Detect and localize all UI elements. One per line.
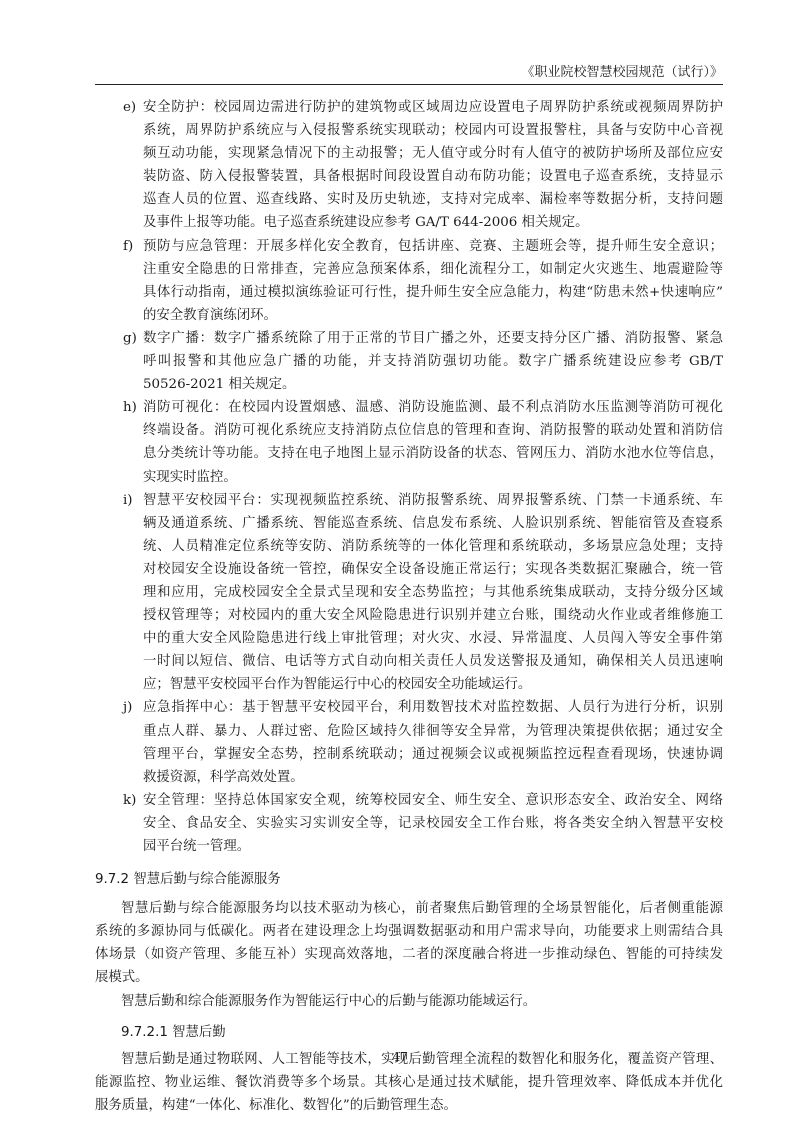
text-line: 及事件上报等功能。电子巡查系统建设应参考 GA/T 644-2006 相关规定。 xyxy=(143,211,723,234)
text-line: 预防与应急管理：开展多样化安全教育，包括讲座、竞赛、主题班会等，提升师生安全意识… xyxy=(143,235,723,258)
text-line: 应急指挥中心：基于智慧平安校园平台，利用数智技术对监控数据、人员行为进行分析，识… xyxy=(143,696,723,719)
list-item-label: j) xyxy=(123,696,132,719)
text-line: 授权管理等；对校园内的重大安全风险隐患进行识别并建立台账，围绕动火作业或者维修施… xyxy=(143,604,723,627)
text-line: 一时间以短信、微信、电话等方式自动向相关责任人员发送警报及通知，确保相关人员迅速… xyxy=(143,650,723,673)
page-body: e)安全防护：校园周边需进行防护的建筑物或区域周边应设置电子周界防护系统或视频周… xyxy=(95,96,723,1117)
list-item: e)安全防护：校园周边需进行防护的建筑物或区域周边应设置电子周界防护系统或视频周… xyxy=(95,96,723,235)
text-line: 重点人群、暴力、人群过密、危险区域持久徘徊等安全异常，为管理决策提供依据；通过安… xyxy=(143,720,723,743)
text-line: 理和应用，完成校园安全全景式呈现和安全态势监控；与其他系统集成联动，支持分级分区… xyxy=(143,581,723,604)
list-item: g)数字广播：数字广播系统除了用于正常的节目广播之外，还要支持分区广播、消防报警… xyxy=(95,327,723,396)
running-header: 《职业院校智慧校园规范（试行）》 xyxy=(95,64,723,85)
text-line: 装防盗、防入侵报警装置，具备根据时间段设置自动布防功能；设置电子巡查系统，支持显… xyxy=(143,165,723,188)
text-line: 智慧后勤和综合能源服务作为智能运行中心的后勤与能源功能域运行。 xyxy=(95,990,723,1013)
text-line: 息分类统计等功能。支持在电子地图上显示消防设备的状态、管网压力、消防水池水位等信… xyxy=(143,442,723,465)
text-line: 系统的多源协同与低碳化。两者在建设理念上均强调数据驱动和用户需求导向，功能要求上… xyxy=(95,920,723,943)
text-line: 智慧平安校园平台：实现视频监控系统、消防报警系统、周界报警系统、门禁一卡通系统、… xyxy=(143,489,723,512)
text-line: 安全、食品安全、实验实习实训安全等，记录校园安全工作台账，将各类安全纳入智慧平安… xyxy=(143,812,723,835)
text-line: 巡查人员的位置、巡查线路、实时及历史轨迹，支持对完成率、漏检率等数据分析，支持问… xyxy=(143,188,723,211)
text-line: 统、人员精准定位系统等安防、消防系统等的一体化管理和系统联动，多场景应急处理；支… xyxy=(143,535,723,558)
document-title: 《职业院校智慧校园规范（试行）》 xyxy=(521,65,723,80)
text-line: 管理平台，掌握安全态势，控制系统联动；通过视频会议或视频监控远程查看现场，快速协… xyxy=(143,743,723,766)
section-heading-9-7-2: 9.7.2 智慧后勤与综合能源服务 xyxy=(95,868,723,891)
paragraph: 智慧后勤和综合能源服务作为智能运行中心的后勤与能源功能域运行。 xyxy=(95,990,723,1013)
paragraph: 智慧后勤与综合能源服务均以技术驱动为核心，前者聚焦后勤管理的全场景智能化，后者侧… xyxy=(95,897,723,989)
text-line: 对校园安全设施设备统一管控，确保安全设备设施正常运行；实现各类数据汇聚融合，统一… xyxy=(143,558,723,581)
list-item-label: h) xyxy=(123,396,137,419)
text-line: 数字广播：数字广播系统除了用于正常的节目广播之外，还要支持分区广播、消防报警、紧… xyxy=(143,327,723,350)
list-item-label: i) xyxy=(123,489,133,512)
text-line: 体场景（如资产管理、多能互补）实现高效落地，二者的深度融合将进一步推动绿色、智能… xyxy=(95,943,723,966)
text-line: 救援资源，科学高效处置。 xyxy=(143,766,723,789)
text-line: 终端设备。消防可视化系统应支持消防点位信息的管理和查询、消防报警的联动处置和消防… xyxy=(143,419,723,442)
text-line: 服务质量，构建“一体化、标准化、数智化”的后勤管理生态。 xyxy=(95,1094,723,1117)
text-line: 能源监控、物业运维、餐饮消费等多个场景。其核心是通过技术赋能，提升管理效率、降低… xyxy=(95,1071,723,1094)
text-line: 应；智慧平安校园平台作为智能运行中心的校园安全功能域运行。 xyxy=(143,673,723,696)
list-item: h)消防可视化：在校园内设置烟感、温感、消防设施监测、最不利点消防水压监测等消防… xyxy=(95,396,723,488)
text-line: 展模式。 xyxy=(95,966,723,989)
list-item-label: k) xyxy=(123,789,136,812)
text-line: 注重安全隐患的日常排查，完善应急预案体系，细化流程分工，如制定火灾逃生、地震避险… xyxy=(143,258,723,281)
text-line: 智慧后勤与综合能源服务均以技术驱动为核心，前者聚焦后勤管理的全场景智能化，后者侧… xyxy=(95,897,723,920)
text-line: 辆及通道系统、广播系统、智能巡查系统、信息发布系统、人脸识别系统、智能宿管及查寝… xyxy=(143,512,723,535)
text-line: 50526-2021 相关规定。 xyxy=(143,373,723,396)
text-line: 的安全教育演练闭环。 xyxy=(143,304,723,327)
list-item-label: e) xyxy=(123,96,136,119)
text-line: 园平台统一管理。 xyxy=(143,835,723,858)
text-line: 系统，周界防护系统应与入侵报警系统实现联动；校园内可设置报警柱，具备与安防中心音… xyxy=(143,119,723,142)
section-9-7-2-body: 智慧后勤与综合能源服务均以技术驱动为核心，前者聚焦后勤管理的全场景智能化，后者侧… xyxy=(95,897,723,1012)
text-line: 呼叫报警和其他应急广播的功能，并支持消防强切功能。数字广播系统建设应参考 GB/… xyxy=(143,350,723,373)
list-item: k)安全管理：坚持总体国家安全观，统筹校园安全、师生安全、意识形态安全、政治安全… xyxy=(95,789,723,858)
list-item: i)智慧平安校园平台：实现视频监控系统、消防报警系统、周界报警系统、门禁一卡通系… xyxy=(95,489,723,697)
page-number: 47 xyxy=(0,1050,800,1064)
list-item-label: g) xyxy=(123,327,137,350)
list-item: j)应急指挥中心：基于智慧平安校园平台，利用数智技术对监控数据、人员行为进行分析… xyxy=(95,696,723,788)
list-items: e)安全防护：校园周边需进行防护的建筑物或区域周边应设置电子周界防护系统或视频周… xyxy=(95,96,723,858)
text-line: 安全管理：坚持总体国家安全观，统筹校园安全、师生安全、意识形态安全、政治安全、网… xyxy=(143,789,723,812)
text-line: 具体行动指南，通过模拟演练验证可行性，提升师生安全应急能力，构建“防患未然+快速… xyxy=(143,281,723,304)
text-line: 中的重大安全风险隐患进行线上审批管理；对火灾、水浸、异常温度、人员闯入等安全事件… xyxy=(143,627,723,650)
text-line: 安全防护：校园周边需进行防护的建筑物或区域周边应设置电子周界防护系统或视频周界防… xyxy=(143,96,723,119)
section-heading-9-7-2-1: 9.7.2.1 智慧后勤 xyxy=(95,1021,723,1044)
text-line: 实现实时监控。 xyxy=(143,466,723,489)
text-line: 频互动功能，实现紧急情况下的主动报警；无人值守或分时有人值守的被防护场所及部位应… xyxy=(143,142,723,165)
list-item: f)预防与应急管理：开展多样化安全教育，包括讲座、竞赛、主题班会等，提升师生安全… xyxy=(95,235,723,327)
list-item-label: f) xyxy=(123,235,133,258)
text-line: 消防可视化：在校园内设置烟感、温感、消防设施监测、最不利点消防水压监测等消防可视… xyxy=(143,396,723,419)
